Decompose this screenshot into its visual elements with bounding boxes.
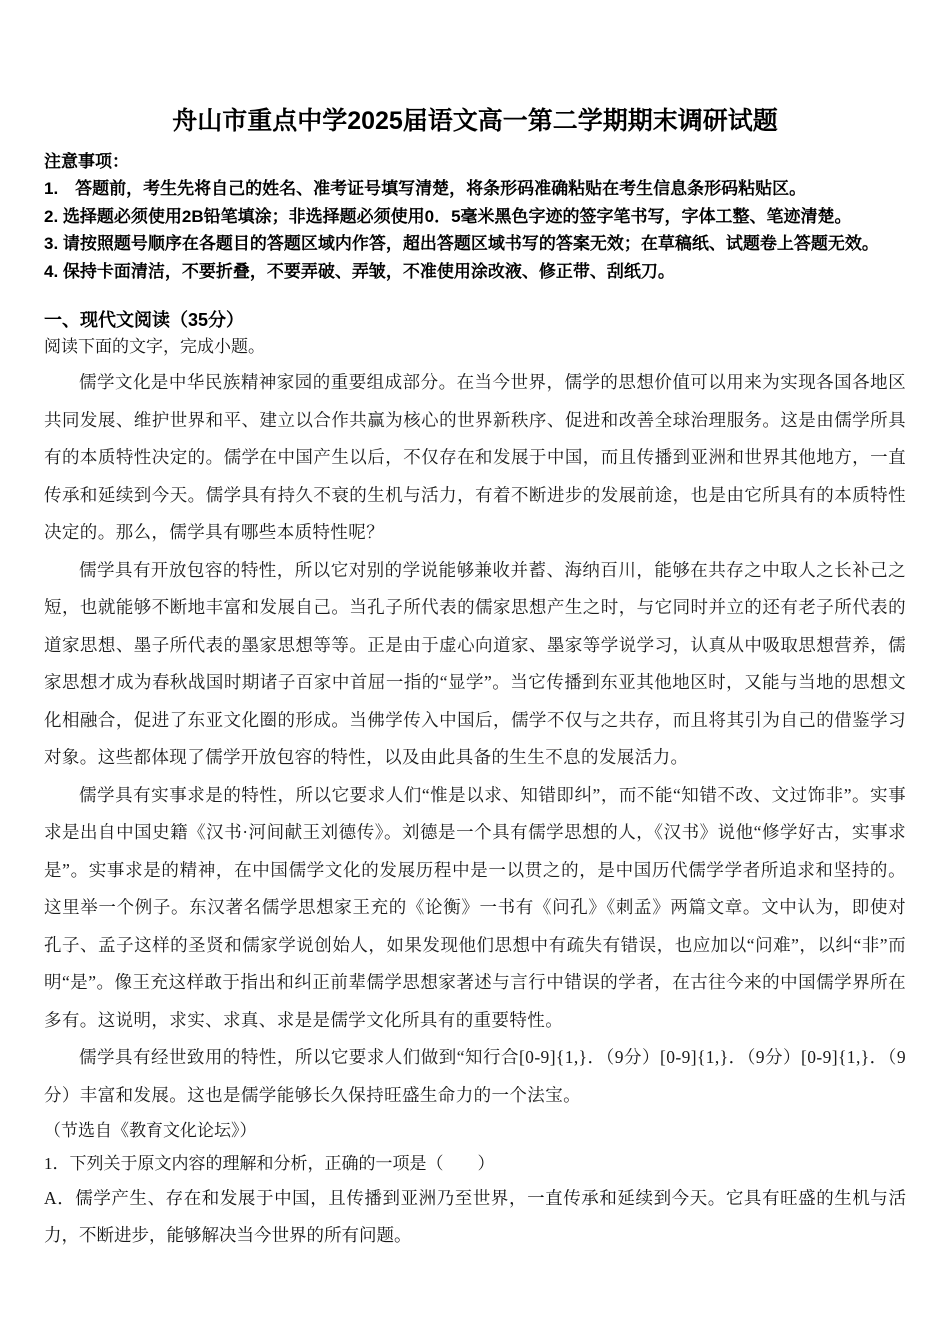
question-1-option-a: A．儒学产生、存在和发展于中国，且传播到亚洲乃至世界，一直传承和延续到今天。它具… bbox=[44, 1180, 906, 1254]
section-intro: 阅读下面的文字，完成小题。 bbox=[44, 333, 906, 360]
notice-item-4: 4. 保持卡面清洁，不要折叠，不要弄破、弄皱，不准使用涂改液、修正带、刮纸刀。 bbox=[44, 258, 906, 286]
notice-heading: 注意事项： bbox=[44, 148, 906, 175]
notice-item-2: 2. 选择题必须使用2B铅笔填涂；非选择题必须使用0．5毫米黑色字迹的签字笔书写… bbox=[44, 203, 906, 231]
notice-section: 注意事项： 1. 答题前，考生先将自己的姓名、准考证号填写清楚，将条形码准确粘贴… bbox=[44, 148, 906, 285]
passage-paragraph-3: 儒学具有实事求是的特性，所以它要求人们“惟是以求、知错即纠”，而不能“知错不改、… bbox=[44, 777, 906, 1040]
section-heading: 一、现代文阅读（35分） bbox=[44, 307, 906, 333]
passage-source: （节选自《教育文化论坛》） bbox=[44, 1114, 906, 1147]
passage-paragraph-2: 儒学具有开放包容的特性，所以它对别的学说能够兼收并蓄、海纳百川，能够在共存之中取… bbox=[44, 552, 906, 777]
notice-item-3: 3. 请按照题号顺序在各题目的答题区域内作答，超出答题区域书写的答案无效；在草稿… bbox=[44, 230, 906, 258]
reading-passage: 儒学文化是中华民族精神家园的重要组成部分。在当今世界，儒学的思想价值可以用来为实… bbox=[44, 364, 906, 1114]
page-title: 舟山市重点中学2025届语文高一第二学期期末调研试题 bbox=[44, 104, 906, 138]
notice-item-1: 1. 答题前，考生先将自己的姓名、准考证号填写清楚，将条形码准确粘贴在考生信息条… bbox=[44, 175, 906, 203]
passage-paragraph-4: 儒学具有经世致用的特性，所以它要求人们做到“知行合[0-9]{1,}．（9分）[… bbox=[44, 1039, 906, 1114]
question-1-stem: 1．下列关于原文内容的理解和分析，正确的一项是（ ） bbox=[44, 1147, 906, 1180]
passage-paragraph-1: 儒学文化是中华民族精神家园的重要组成部分。在当今世界，儒学的思想价值可以用来为实… bbox=[44, 364, 906, 552]
exam-paper-page: 舟山市重点中学2025届语文高一第二学期期末调研试题 注意事项： 1. 答题前，… bbox=[0, 0, 950, 1344]
